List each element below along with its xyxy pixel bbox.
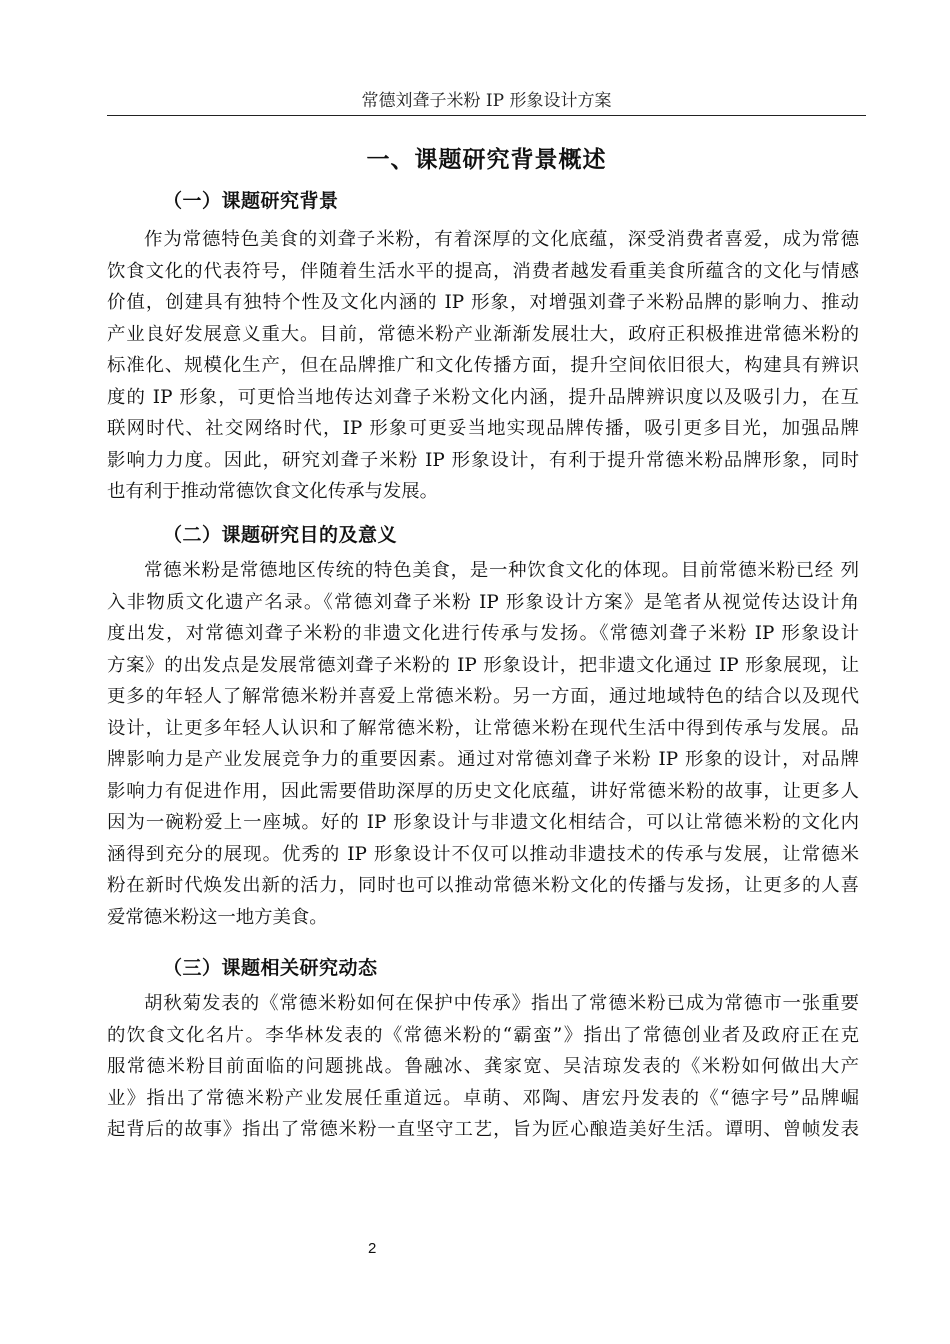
paragraph-line: 饮食文化的代表符号，伴随着生活水平的提高，消费者越发看重美食所蕴含的文化与情感: [107, 256, 859, 288]
paragraph-line: 粉在新时代焕发出新的活力，同时也可以推动常德米粉文化的传播与发扬，让更多的人喜: [107, 870, 859, 902]
paragraph-line: 爱常德米粉这一地方美食。: [107, 902, 859, 934]
running-header: 常德刘聋子米粉 IP 形象设计方案: [107, 91, 866, 111]
paragraph-line: 因为一碗粉爱上一座城。好的 IP 形象设计与非遗文化相结合，可以让常德米粉的文化…: [107, 807, 859, 839]
paragraph-line: 业》指出了常德米粉产业发展任重道远。卓萌、邓陶、唐宏丹发表的《“德字号”品牌崛: [107, 1083, 859, 1115]
paragraph-line: 牌影响力是产业发展竞争力的重要因素。通过对常德刘聋子米粉 IP 形象的设计，对品…: [107, 744, 859, 776]
section-heading-purpose: （二）课题研究目的及意义: [163, 522, 397, 548]
document-page: 常德刘聋子米粉 IP 形象设计方案 一、课题研究背景概述 （一）课题研究背景 作…: [0, 0, 950, 1344]
page-number: 2: [368, 1239, 376, 1259]
paragraph-line: 度的 IP 形象，可更恰当地传达刘聋子米粉文化内涵，提升品牌辨识度以及吸引力，在…: [107, 382, 859, 414]
section-heading-background: （一）课题研究背景: [163, 188, 339, 214]
paragraph-line: 涵得到充分的展现。优秀的 IP 形象设计不仅可以推动非遗技术的传承与发展，让常德…: [107, 839, 859, 871]
paragraph-line: 产业良好发展意义重大。目前，常德米粉产业渐渐发展壮大，政府正积极推进常德米粉的: [107, 319, 859, 351]
paragraph-line: 也有利于推动常德饮食文化传承与发展。: [107, 476, 859, 508]
paragraph-line: 服常德米粉目前面临的问题挑战。鲁融冰、龚家宽、吴洁琼发表的《米粉如何做出大产: [107, 1051, 859, 1083]
paragraph-line: 起背后的故事》指出了常德米粉一直坚守工艺，旨为匠心酿造美好生活。谭明、曾帧发表: [107, 1114, 859, 1146]
section-paragraph-background: 作为常德特色美食的刘聋子米粉，有着深厚的文化底蕴，深受消费者喜爱，成为常德 饮食…: [107, 224, 859, 508]
paragraph-line: 影响力力度。因此，研究刘聋子米粉 IP 形象设计，有利于提升常德米粉品牌形象，同…: [107, 445, 859, 477]
paragraph-line: 作为常德特色美食的刘聋子米粉，有着深厚的文化底蕴，深受消费者喜爱，成为常德: [107, 224, 859, 256]
paragraph-line: 方案》的出发点是发展常德刘聋子米粉的 IP 形象设计，把非遗文化通过 IP 形象…: [107, 650, 859, 682]
paragraph-line: 更多的年轻人了解常德米粉并喜爱上常德米粉。另一方面，通过地域特色的结合以及现代: [107, 681, 859, 713]
paragraph-line: 设计，让更多年轻人认识和了解常德米粉，让常德米粉在现代生活中得到传承与发展。品: [107, 713, 859, 745]
paragraph-line: 联网时代、社交网络时代，IP 形象可更妥当地实现品牌传播，吸引更多目光，加强品牌: [107, 413, 859, 445]
paragraph-line: 标准化、规模化生产，但在品牌推广和文化传播方面，提升空间依旧很大，构建具有辨识: [107, 350, 859, 382]
paragraph-line: 价值，创建具有独特个性及文化内涵的 IP 形象，对增强刘聋子米粉品牌的影响力、推…: [107, 287, 859, 319]
paragraph-line: 胡秋菊发表的《常德米粉如何在保护中传承》指出了常德米粉已成为常德市一张重要: [107, 988, 859, 1020]
paragraph-line: 影响力有促进作用，因此需要借助深厚的历史文化底蕴，讲好常德米粉的故事，让更多人: [107, 776, 859, 808]
paragraph-line: 度出发，对常德刘聋子米粉的非遗文化进行传承与发扬。《常德刘聋子米粉 IP 形象设…: [107, 618, 859, 650]
paragraph-line: 常德米粉是常德地区传统的特色美食，是一种饮食文化的体现。目前常德米粉已经 列: [107, 555, 859, 587]
section-paragraph-purpose: 常德米粉是常德地区传统的特色美食，是一种饮食文化的体现。目前常德米粉已经 列 入…: [107, 555, 859, 933]
paragraph-line: 入非物质文化遗产名录。《常德刘聋子米粉 IP 形象设计方案》是笔者从视觉传达设计…: [107, 587, 859, 619]
header-rule: [107, 115, 866, 116]
chapter-title: 一、课题研究背景概述: [107, 145, 866, 175]
paragraph-line: 的饮食文化名片。李华林发表的《常德米粉的“霸蛮”》指出了常德创业者及政府正在克: [107, 1020, 859, 1052]
section-heading-research-status: （三）课题相关研究动态: [163, 955, 378, 981]
section-paragraph-research-status: 胡秋菊发表的《常德米粉如何在保护中传承》指出了常德米粉已成为常德市一张重要 的饮…: [107, 988, 859, 1146]
